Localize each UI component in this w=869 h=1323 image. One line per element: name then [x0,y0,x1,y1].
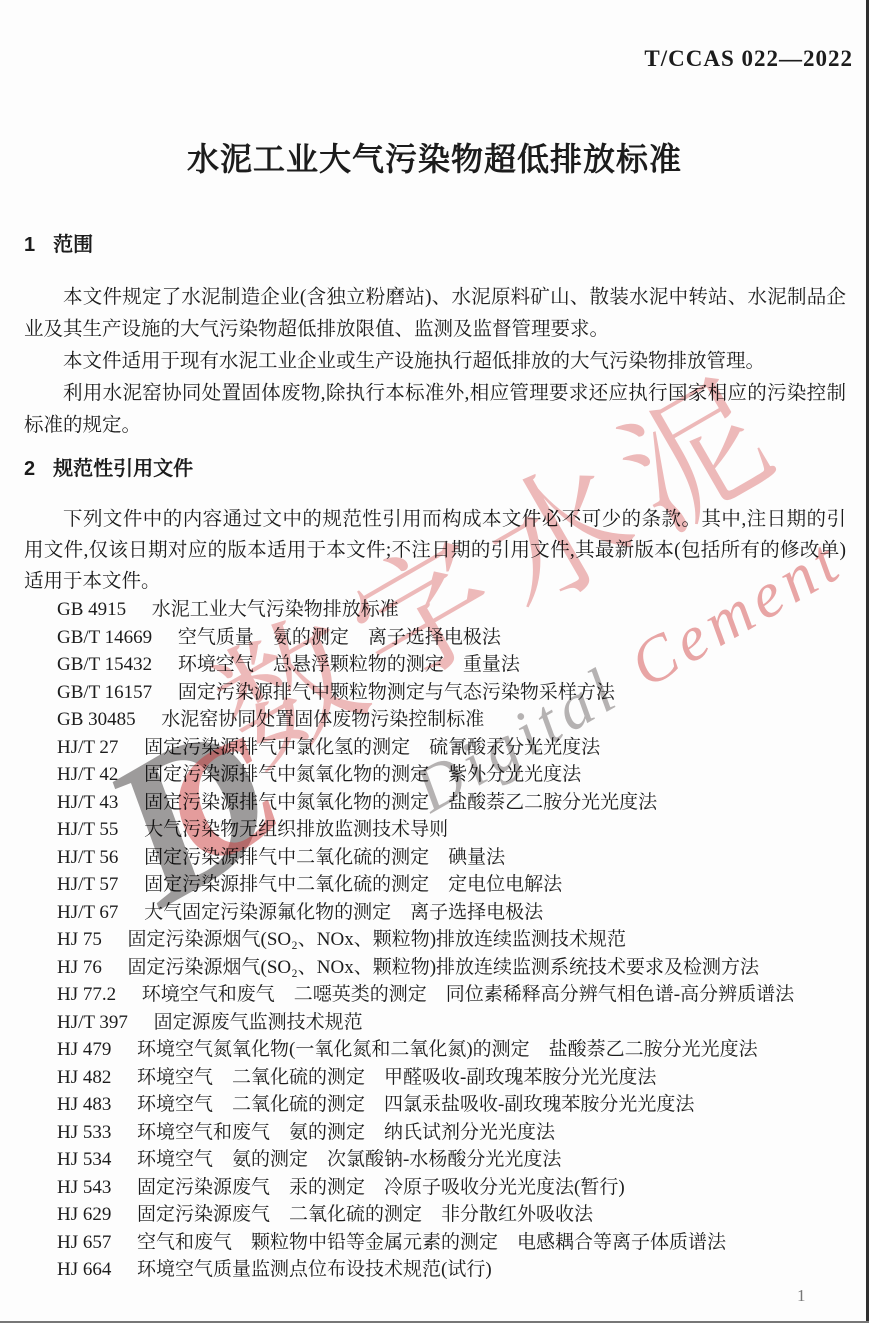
reference-code: GB/T 14669 [57,627,152,648]
reference-title: 固定污染源排气中颗粒物测定与气态污染物采样方法 [178,682,615,703]
reference-code: HJ/T 55 [57,819,118,840]
reference-code: HJ/T 43 [57,792,118,813]
reference-item: HJ 75固定污染源烟气(SO₂、NOx、颗粒物)排放连续监测技术规范 [57,926,857,954]
reference-item: HJ/T 55大气污染物无组织排放监测技术导则 [57,816,857,844]
reference-title: 水泥工业大气污染物排放标准 [152,599,399,620]
reference-item: HJ/T 67大气固定污染源氟化物的测定 离子选择电极法 [57,899,857,927]
reference-item: GB/T 14669空气质量 氨的测定 离子选择电极法 [57,624,857,652]
section-2-number: 2 [24,458,35,480]
reference-title: 环境空气 总悬浮颗粒物的测定 重量法 [178,654,520,675]
reference-title: 环境空气质量监测点位布设技术规范(试行) [137,1259,492,1280]
reference-title: 固定污染源烟气(SO₂、NOx、颗粒物)排放连续监测技术规范 [128,929,627,950]
document-page: T/CCAS 022—2022 水泥工业大气污染物超低排放标准 1范围 本文件规… [0,0,869,1323]
reference-title: 固定污染源排气中二氧化硫的测定 定电位电解法 [144,874,562,895]
reference-code: HJ 533 [57,1122,111,1143]
section-1-heading: 1范围 [24,228,93,257]
reference-code: HJ/T 67 [57,902,118,923]
reference-item: HJ 657空气和废气 颗粒物中铅等金属元素的测定 电感耦合等离子体质谱法 [57,1229,857,1257]
section-1-title: 范围 [53,234,93,256]
reference-item: HJ 77.2环境空气和废气 二噁英类的测定 同位素稀释高分辨气相色谱-高分辨质… [57,981,857,1009]
reference-code: HJ 76 [57,957,102,978]
reference-code: HJ 543 [57,1177,111,1198]
reference-title: 固定污染源排气中氮氧化物的测定 盐酸萘乙二胺分光光度法 [144,792,657,813]
paragraph: 利用水泥窑协同处置固体废物,除执行本标准外,相应管理要求还应执行国家相应的污染控… [24,378,846,442]
reference-code: HJ 482 [57,1067,111,1088]
reference-title: 固定污染源废气 汞的测定 冷原子吸收分光光度法(暂行) [137,1177,625,1198]
reference-title: 固定源废气监测技术规范 [154,1012,363,1033]
reference-code: GB/T 16157 [57,682,152,703]
reference-code: HJ 483 [57,1094,111,1115]
reference-title: 固定污染源排气中二氧化硫的测定 碘量法 [144,847,505,868]
section-1-body: 本文件规定了水泥制造企业(含独立粉磨站)、水泥原料矿山、散装水泥中转站、水泥制品… [24,282,846,442]
reference-code: HJ 629 [57,1204,111,1225]
reference-code: HJ/T 57 [57,874,118,895]
reference-title: 固定污染源排气中氯化氢的测定 硫氰酸汞分光光度法 [144,737,600,758]
paragraph: 本文件规定了水泥制造企业(含独立粉磨站)、水泥原料矿山、散装水泥中转站、水泥制品… [24,282,846,346]
section-2-heading: 2规范性引用文件 [24,452,193,481]
reference-item: HJ/T 397固定源废气监测技术规范 [57,1009,857,1037]
reference-item: HJ 664环境空气质量监测点位布设技术规范(试行) [57,1256,857,1284]
reference-title: 环境空气 二氧化硫的测定 四氯汞盐吸收-副玫瑰苯胺分光光度法 [137,1094,694,1115]
reference-item: HJ 479环境空气氮氧化物(一氧化氮和二氧化氮)的测定 盐酸萘乙二胺分光光度法 [57,1036,857,1064]
reference-code: HJ/T 56 [57,847,118,868]
reference-code: HJ 664 [57,1259,111,1280]
reference-title: 大气污染物无组织排放监测技术导则 [144,819,448,840]
reference-code: HJ/T 42 [57,764,118,785]
reference-item: HJ 534环境空气 氨的测定 次氯酸钠-水杨酸分光光度法 [57,1146,857,1174]
reference-code: GB 30485 [57,709,136,730]
section-2-title: 规范性引用文件 [53,458,193,480]
reference-item: HJ/T 27固定污染源排气中氯化氢的测定 硫氰酸汞分光光度法 [57,734,857,762]
reference-code: HJ/T 27 [57,737,118,758]
reference-item: GB/T 16157固定污染源排气中颗粒物测定与气态污染物采样方法 [57,679,857,707]
reference-code: GB 4915 [57,599,126,620]
reference-title: 水泥窑协同处置固体废物污染控制标准 [161,709,484,730]
reference-title: 固定污染源排气中氮氧化物的测定 紫外分光光度法 [144,764,581,785]
reference-code: GB/T 15432 [57,654,152,675]
reference-item: HJ 629固定污染源废气 二氧化硫的测定 非分散红外吸收法 [57,1201,857,1229]
document-title: 水泥工业大气污染物超低排放标准 [0,134,869,180]
reference-code: HJ 657 [57,1232,111,1253]
references-list: GB 4915水泥工业大气污染物排放标准 GB/T 14669空气质量 氨的测定… [57,596,857,1284]
paragraph: 下列文件中的内容通过文中的规范性引用而构成本文件必不可少的条款。其中,注日期的引… [24,504,846,597]
reference-title: 环境空气和废气 二噁英类的测定 同位素稀释高分辨气相色谱-高分辨质谱法 [142,984,794,1005]
reference-code: HJ/T 397 [57,1012,128,1033]
reference-item: GB 4915水泥工业大气污染物排放标准 [57,596,857,624]
reference-item: HJ 482环境空气 二氧化硫的测定 甲醛吸收-副玫瑰苯胺分光光度法 [57,1064,857,1092]
reference-code: HJ 75 [57,929,102,950]
reference-title: 环境空气 二氧化硫的测定 甲醛吸收-副玫瑰苯胺分光光度法 [137,1067,656,1088]
reference-item: HJ/T 42固定污染源排气中氮氧化物的测定 紫外分光光度法 [57,761,857,789]
reference-title: 空气和废气 颗粒物中铅等金属元素的测定 电感耦合等离子体质谱法 [137,1232,726,1253]
page-number: 1 [797,1286,806,1306]
reference-title: 环境空气氮氧化物(一氧化氮和二氧化氮)的测定 盐酸萘乙二胺分光光度法 [137,1039,758,1060]
reference-item: HJ/T 56固定污染源排气中二氧化硫的测定 碘量法 [57,844,857,872]
reference-title: 固定污染源废气 二氧化硫的测定 非分散红外吸收法 [137,1204,593,1225]
section-1-number: 1 [24,234,35,256]
reference-item: HJ 533环境空气和废气 氨的测定 纳氏试剂分光光度法 [57,1119,857,1147]
reference-code: HJ 479 [57,1039,111,1060]
standard-code: T/CCAS 022—2022 [644,46,853,72]
paragraph: 本文件适用于现有水泥工业企业或生产设施执行超低排放的大气污染物排放管理。 [24,346,846,378]
reference-item: HJ/T 57固定污染源排气中二氧化硫的测定 定电位电解法 [57,871,857,899]
reference-item: GB/T 15432环境空气 总悬浮颗粒物的测定 重量法 [57,651,857,679]
reference-title: 大气固定污染源氟化物的测定 离子选择电极法 [144,902,543,923]
reference-title: 空气质量 氨的测定 离子选择电极法 [178,627,501,648]
reference-code: HJ 534 [57,1149,111,1170]
reference-item: HJ 483环境空气 二氧化硫的测定 四氯汞盐吸收-副玫瑰苯胺分光光度法 [57,1091,857,1119]
reference-item: HJ/T 43固定污染源排气中氮氧化物的测定 盐酸萘乙二胺分光光度法 [57,789,857,817]
reference-item: HJ 76固定污染源烟气(SO₂、NOx、颗粒物)排放连续监测系统技术要求及检测… [57,954,857,982]
section-2-intro: 下列文件中的内容通过文中的规范性引用而构成本文件必不可少的条款。其中,注日期的引… [24,504,846,597]
reference-item: HJ 543固定污染源废气 汞的测定 冷原子吸收分光光度法(暂行) [57,1174,857,1202]
reference-item: GB 30485水泥窑协同处置固体废物污染控制标准 [57,706,857,734]
reference-title: 环境空气 氨的测定 次氯酸钠-水杨酸分光光度法 [137,1149,561,1170]
reference-title: 环境空气和废气 氨的测定 纳氏试剂分光光度法 [137,1122,555,1143]
reference-title: 固定污染源烟气(SO₂、NOx、颗粒物)排放连续监测系统技术要求及检测方法 [128,957,760,978]
reference-code: HJ 77.2 [57,984,116,1005]
